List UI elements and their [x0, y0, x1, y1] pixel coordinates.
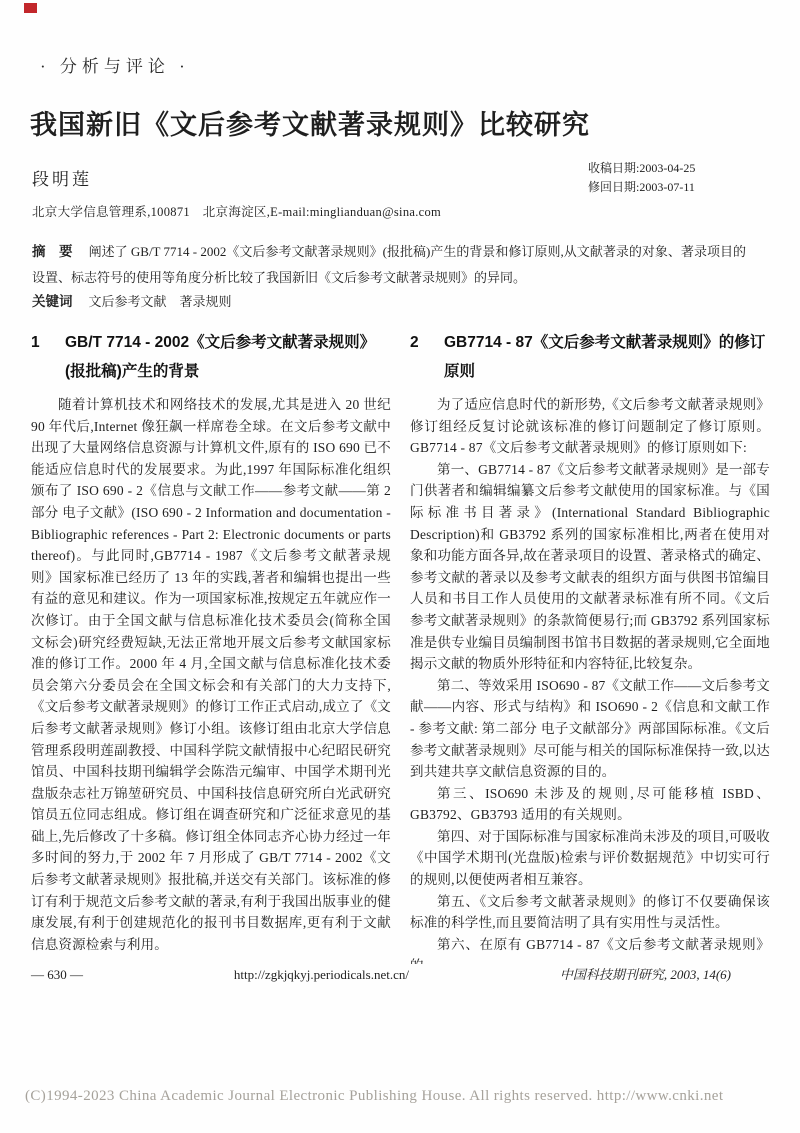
journal-url: http://zgkjqkyj.periodicals.net.cn/ — [234, 967, 409, 983]
section-2-paragraph: 第五、《文后参考文献著录规则》的修订不仅要确保该标准的科学性,而且要简洁明了具有… — [410, 891, 770, 934]
red-stamp-mark — [24, 3, 37, 13]
keywords-block: 关键词文后参考文献 著录规则 — [32, 290, 232, 310]
page-footer: — 630 — http://zgkjqkyj.periodicals.net.… — [31, 964, 731, 983]
page-number: — 630 — — [31, 967, 83, 983]
left-column: 1 GB/T 7714 - 2002《文后参考文献著录规则》(报批稿)产生的背景… — [31, 328, 391, 964]
abstract-block: 摘 要阐述了 GB/T 7714 - 2002《文后参考文献著录规则》(报批稿)… — [32, 239, 746, 290]
section-2-paragraph: 第三、ISO690 未涉及的规则,尽可能移植 ISBD、GB3792、GB379… — [410, 783, 770, 826]
section-2-number: 2 — [410, 328, 444, 386]
section-2-paragraph: 为了适应信息时代的新形势,《文后参考文献著录规则》修订组经反复讨论就该标准的修订… — [410, 394, 770, 459]
section-2-paragraph: 第一、GB7714 - 87《文后参考文献著录规则》是一部专门供著者和编辑编纂文… — [410, 459, 770, 675]
section-1-number: 1 — [31, 328, 65, 386]
two-column-body: 1 GB/T 7714 - 2002《文后参考文献著录规则》(报批稿)产生的背景… — [31, 328, 770, 964]
revised-date: 修回日期:2003-07-11 — [588, 178, 695, 197]
section-2-paragraph: 第六、在原有 GB7714 - 87《文后参考文献著录规则》的 — [410, 934, 770, 964]
section-1-title: GB/T 7714 - 2002《文后参考文献著录规则》(报批稿)产生的背景 — [65, 328, 391, 386]
section-2-heading: 2 GB7714 - 87《文后参考文献著录规则》的修订原则 — [410, 328, 770, 386]
right-column: 2 GB7714 - 87《文后参考文献著录规则》的修订原则 为了适应信息时代的… — [410, 328, 770, 964]
section-2-paragraph: 第二、等效采用 ISO690 - 87《文献工作——文后参考文献——内容、形式与… — [410, 675, 770, 783]
section-2-paragraph: 第四、对于国际标准与国家标准尚未涉及的项目,可吸收《中国学术期刊(光盘版)检索与… — [410, 826, 770, 891]
keywords-label: 关键词 — [32, 294, 73, 309]
manuscript-dates: 收稿日期:2003-04-25 修回日期:2003-07-11 — [588, 159, 695, 197]
page-title: 我国新旧《文后参考文献著录规则》比较研究 — [30, 103, 590, 142]
affiliation-line: 北京大学信息管理系,100871 北京海淀区,E-mail:mingliandu… — [32, 202, 441, 220]
section-1-paragraph: 随着计算机技术和网络技术的发展,尤其是进入 20 世纪 90 年代后,Inter… — [31, 394, 391, 955]
journal-page: · 分析与评论 · 我国新旧《文后参考文献著录规则》比较研究 段明莲 收稿日期:… — [0, 0, 800, 1133]
author-name: 段明莲 — [32, 165, 92, 190]
journal-info: 中国科技期刊研究, 2003, 14(6) — [560, 964, 731, 983]
abstract-text: 阐述了 GB/T 7714 - 2002《文后参考文献著录规则》(报批稿)产生的… — [32, 244, 746, 285]
section-2-title: GB7714 - 87《文后参考文献著录规则》的修订原则 — [444, 328, 770, 386]
received-date: 收稿日期:2003-04-25 — [588, 159, 695, 178]
copyright-watermark: (C)1994-2023 China Academic Journal Elec… — [25, 1088, 723, 1105]
keywords-text: 文后参考文献 著录规则 — [89, 294, 232, 309]
section-1-heading: 1 GB/T 7714 - 2002《文后参考文献著录规则》(报批稿)产生的背景 — [31, 328, 391, 386]
abstract-label: 摘 要 — [32, 244, 73, 259]
column-banner: · 分析与评论 · — [40, 52, 190, 77]
